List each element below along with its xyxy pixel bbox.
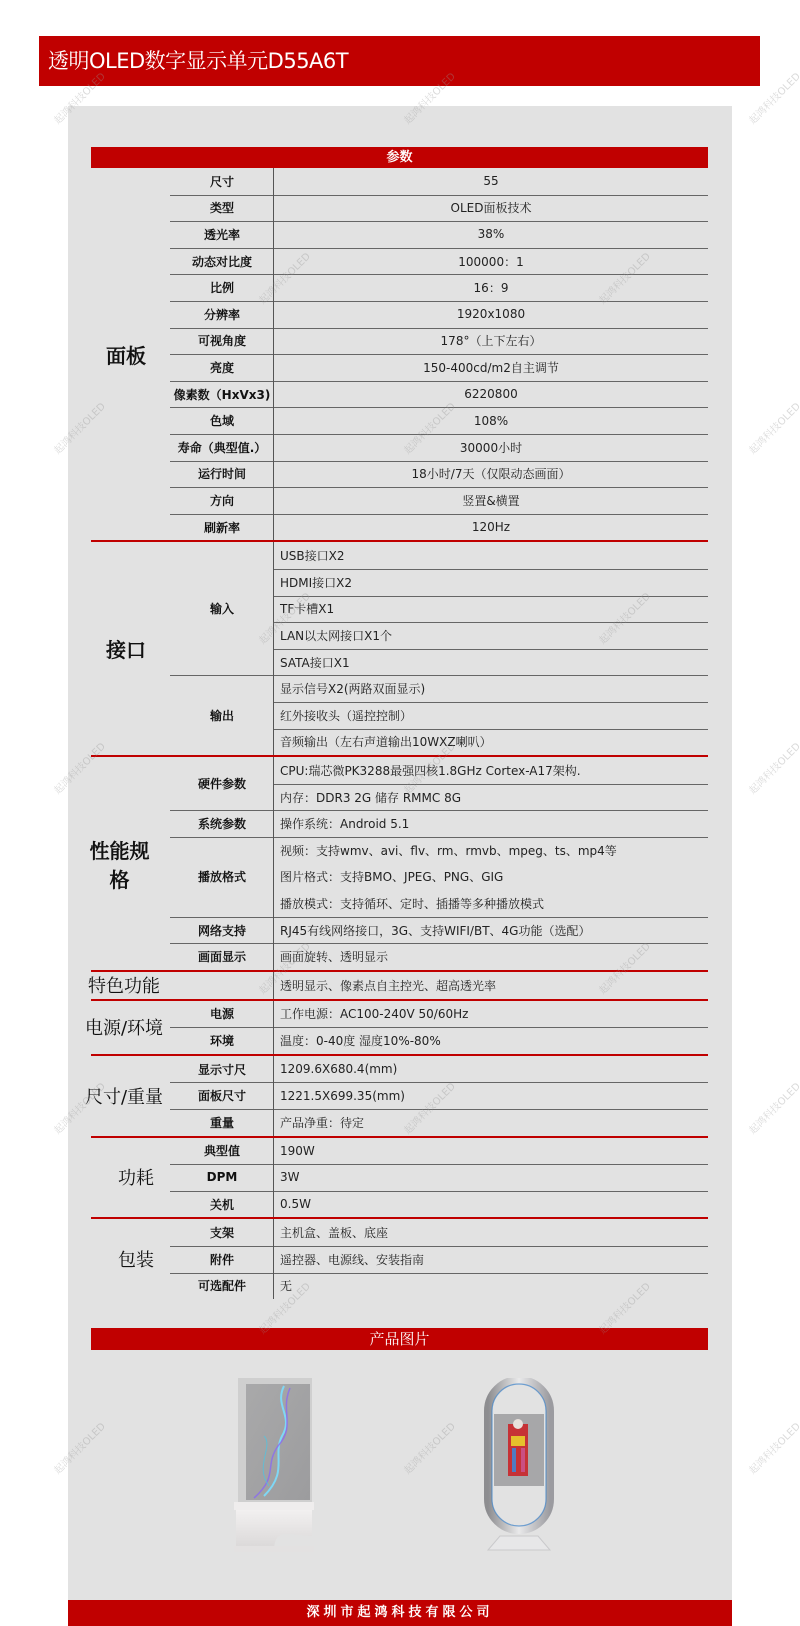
spec-value: 16：9: [274, 274, 708, 301]
spec-value: LAN以太网接口X1个: [274, 622, 708, 649]
spec-key: 分辨率: [170, 301, 274, 328]
spec-value: 竖置&横置: [274, 487, 708, 514]
spec-value: 内存：DDR3 2G 储存 RMMC 8G: [274, 784, 708, 811]
spec-value: 1920x1080: [274, 301, 708, 328]
spec-value: 30000小时: [274, 434, 708, 461]
spec-key: 系统参数: [170, 810, 274, 837]
section-label-panel: 面板: [91, 168, 161, 540]
spec-key: 透光率: [170, 221, 274, 248]
column-divider: [273, 1001, 274, 1054]
spec-value: 150-400cd/m2自主调节: [274, 354, 708, 381]
column-divider: [273, 757, 274, 970]
spec-key: 网络支持: [170, 917, 274, 944]
column-divider: [273, 1219, 274, 1299]
spec-value: 图片格式：支持BMO、JPEG、PNG、GIG: [274, 864, 708, 891]
spec-value: 主机盒、盖板、底座: [274, 1219, 708, 1246]
column-divider: [273, 542, 274, 755]
spec-key: 关机: [170, 1191, 274, 1218]
product-image-standing: [234, 1376, 316, 1556]
watermark-text: 起鸿科技OLED: [745, 1418, 800, 1476]
spec-header: 参数: [91, 147, 708, 168]
spec-key: 重量: [170, 1109, 274, 1136]
spec-key: 画面显示: [170, 943, 274, 970]
column-divider: [273, 1056, 274, 1136]
section-label-performance: 性能规格: [80, 757, 159, 970]
spec-value: 178°（上下左右）: [274, 328, 708, 355]
spec-key: 亮度: [170, 354, 274, 381]
spec-value: 遥控器、电源线、安装指南: [274, 1246, 708, 1273]
spec-value: 3W: [274, 1164, 708, 1191]
spec-value: 1209.6X680.4(mm): [274, 1056, 708, 1083]
spec-key: 输入: [170, 542, 274, 675]
spec-key: DPM: [170, 1164, 274, 1191]
spec-value: 画面旋转、透明显示: [274, 943, 708, 970]
watermark-text: 起鸿科技OLED: [745, 398, 800, 456]
spec-value: 18小时/7天（仅限动态画面）: [274, 461, 708, 488]
spec-value: TF卡槽X1: [274, 596, 708, 623]
spec-value: SATA接口X1: [274, 649, 708, 676]
spec-value: 55: [274, 168, 708, 195]
spec-key: 电源: [170, 1001, 274, 1028]
column-divider: [273, 1138, 274, 1218]
spec-value: 工作电源：AC100-240V 50/60Hz: [274, 1001, 708, 1028]
spec-key: 面板尺寸: [170, 1082, 274, 1109]
spec-key: 像素数（HxVx3): [170, 381, 274, 408]
spec-value: 透明显示、像素点自主控光、超高透光率: [274, 972, 708, 999]
spec-key: 色域: [170, 407, 274, 434]
spec-value: 0.5W: [274, 1191, 708, 1218]
column-divider: [273, 972, 274, 999]
spec-key: 方向: [170, 487, 274, 514]
spec-value: 无: [274, 1273, 708, 1300]
spec-key: 播放格式: [170, 837, 274, 917]
spec-key: 硬件参数: [170, 757, 274, 810]
column-divider: [273, 168, 274, 540]
spec-value: 6220800: [274, 381, 708, 408]
watermark-text: 起鸿科技OLED: [745, 738, 800, 796]
spec-value: RJ45有线网络接口，3G、支持WIFI/BT、4G功能（选配）: [274, 917, 708, 944]
spec-value: 视频：支持wmv、avi、flv、rm、rmvb、mpeg、ts、mp4等: [274, 837, 708, 864]
spec-value: USB接口X2: [274, 542, 708, 569]
spec-key: 附件: [170, 1246, 274, 1273]
section-label: 包装: [96, 1219, 176, 1299]
section-label-features: 特色功能: [84, 972, 164, 999]
spec-value: 产品净重：待定: [274, 1109, 708, 1136]
spec-key: 比例: [170, 274, 274, 301]
spec-key: 输出: [170, 675, 274, 755]
spec-key: 尺寸: [170, 168, 274, 195]
spec-value: 显示信号X2(两路双面显示): [274, 675, 708, 702]
photo-header: 产品图片: [91, 1328, 708, 1350]
spec-key: 典型值: [170, 1138, 274, 1165]
page-title: 透明OLED数字显示单元D55A6T: [39, 36, 760, 86]
spec-value: 190W: [274, 1138, 708, 1165]
spec-key: 支架: [170, 1219, 274, 1246]
spec-key: 可选配件: [170, 1273, 274, 1300]
spec-value: 108%: [274, 407, 708, 434]
spec-value: 播放模式：支持循环、定时、插播等多种播放模式: [274, 890, 708, 917]
spec-key: 环境: [170, 1027, 274, 1054]
spec-value: 1221.5X699.35(mm): [274, 1082, 708, 1109]
section-label-interface: 接口: [91, 542, 161, 755]
spec-value: 38%: [274, 221, 708, 248]
spec-value: 操作系统：Android 5.1: [274, 810, 708, 837]
spec-key: 可视角度: [170, 328, 274, 355]
spec-key: 运行时间: [170, 461, 274, 488]
spec-value: CPU:瑞芯微PK3288最强四核1.8GHz Cortex-A17架构.: [274, 757, 708, 784]
spec-key: 显示寸尺: [170, 1056, 274, 1083]
section-label: 尺寸/重量: [84, 1056, 164, 1136]
company-footer: 深圳市起鸿科技有限公司: [68, 1600, 732, 1626]
spec-key: 动态对比度: [170, 248, 274, 275]
spec-value: 100000：1: [274, 248, 708, 275]
spec-value: HDMI接口X2: [274, 569, 708, 596]
spec-key: 刷新率: [170, 514, 274, 541]
section-label: 功耗: [96, 1138, 176, 1218]
spec-value: 120Hz: [274, 514, 708, 541]
spec-value: 音频输出（左右声道输出10WXZ喇叭）: [274, 729, 708, 756]
product-image-oval-frame: [478, 1378, 570, 1558]
spec-key: 类型: [170, 195, 274, 222]
spec-value: 温度：0-40度 湿度10%-80%: [274, 1027, 708, 1054]
section-label: 电源/环境: [84, 1001, 164, 1054]
watermark-text: 起鸿科技OLED: [745, 1078, 800, 1136]
spec-value: 红外接收头（遥控控制）: [274, 702, 708, 729]
spec-value: OLED面板技术: [274, 195, 708, 222]
spec-key: 寿命（典型值.）: [170, 434, 274, 461]
